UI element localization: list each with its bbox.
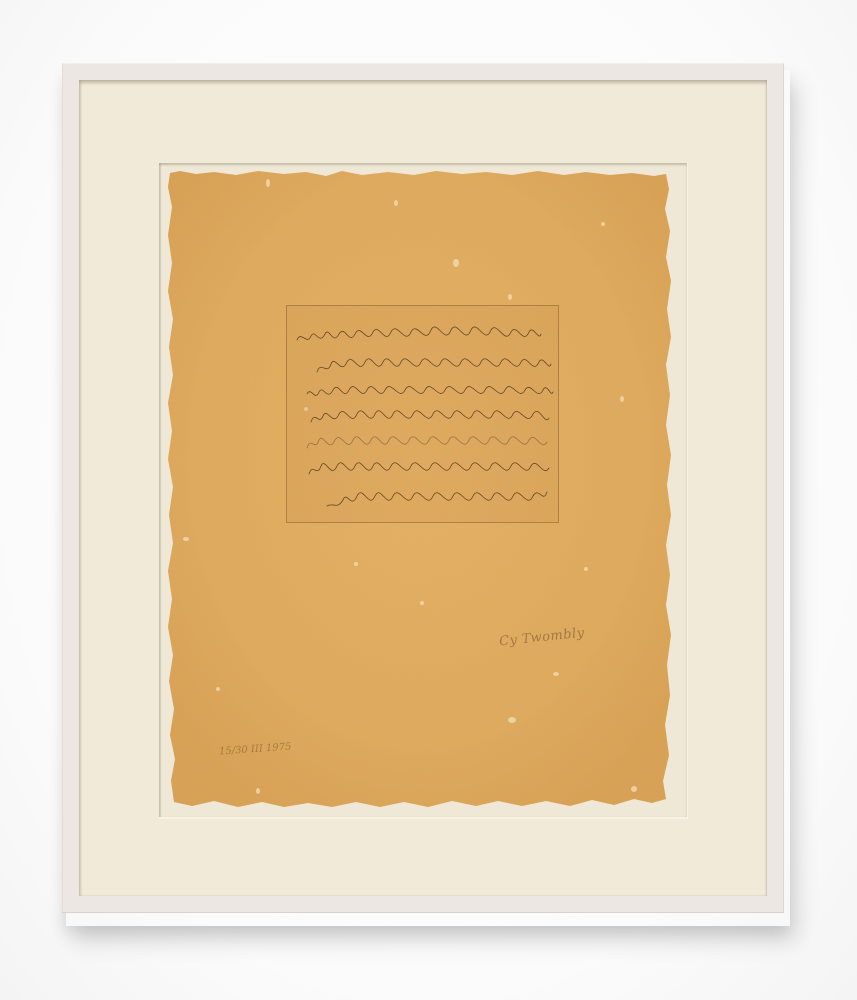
scribble-lines-drawing <box>287 306 560 524</box>
artwork-paper: Cy Twombly 15/30 III 1975 <box>166 169 673 811</box>
mat-board: Cy Twombly 15/30 III 1975 <box>79 80 767 896</box>
picture-frame: Cy Twombly 15/30 III 1975 <box>62 63 784 913</box>
etching-plate <box>286 305 559 523</box>
mat-window-opening: Cy Twombly 15/30 III 1975 <box>159 163 688 819</box>
